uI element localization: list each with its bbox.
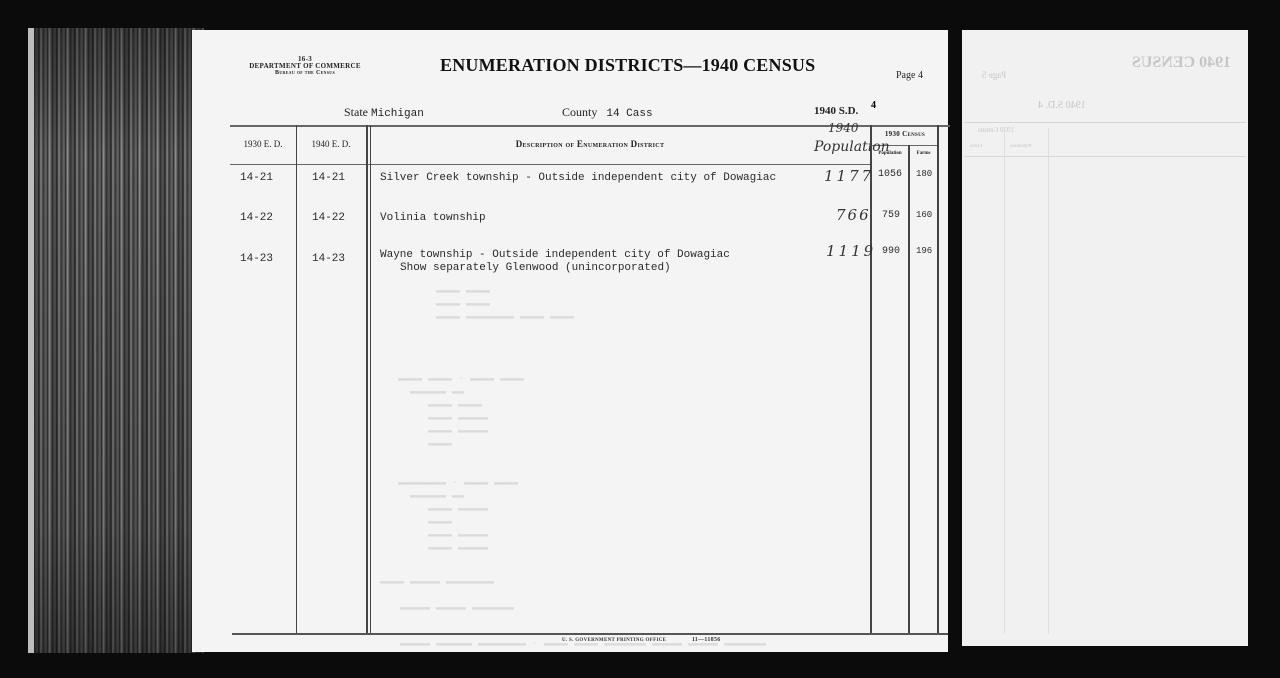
- row-1940-population: 1119: [826, 242, 876, 260]
- header-1930-farms: Farms: [910, 151, 937, 156]
- state-field: State Michigan: [344, 105, 424, 120]
- microfilm-scan: 16-3 DEPARTMENT OF COMMERCE Bureau of th…: [0, 0, 1280, 678]
- col-divider-2b: [370, 125, 371, 635]
- col-divider-5: [937, 125, 939, 635]
- col-divider-2: [366, 125, 368, 635]
- row-1940-ed: 14-23: [312, 253, 345, 265]
- row-1930-ed: 14-23: [240, 253, 273, 265]
- row-1940-ed: 14-21: [312, 172, 345, 184]
- row-1930-farms: 196: [916, 246, 932, 256]
- county-label: County: [562, 105, 597, 119]
- row-1930-farms: 160: [916, 210, 932, 220]
- county-field: County 14 Cass: [562, 105, 653, 120]
- bleed-through-text: ▬▬▬▬ ▬▬▬▬▬▬▬▬ ▬▬▬▬▬▬▬▬ ▬▬▬▬▬▬▬▬ ▬▬▬▬ ▬▬▬…: [436, 285, 574, 324]
- col-divider-1: [296, 125, 297, 635]
- state-value: Michigan: [371, 108, 424, 120]
- mirrored-pop-header: Population: [1010, 144, 1032, 149]
- book-page-edges: [28, 28, 204, 653]
- mirrored-rule: [964, 156, 1246, 157]
- left-page: 16-3 DEPARTMENT OF COMMERCE Bureau of th…: [192, 30, 948, 652]
- row-1930-population: 990: [882, 246, 900, 257]
- mirrored-census-header: 1930 Census: [978, 126, 1014, 134]
- header-description: Description of Enumeration District: [370, 139, 810, 149]
- header-1940-year-handwritten: 1940: [828, 121, 859, 135]
- bleed-through-text: ▬▬▬▬▬ ▬▬▬▬▬ ▬▬▬▬▬▬▬: [400, 603, 514, 614]
- right-page-mirrored: 1940 CENSUS Page 5 1940 S.D. 4 1930 Cens…: [962, 30, 1248, 646]
- page-number: Page 4: [896, 70, 923, 81]
- sd-field: 1940 S.D.: [814, 105, 858, 117]
- enumeration-table: 1930 E. D. 1940 E. D. Description of Enu…: [230, 125, 950, 635]
- header-1930-ed: 1930 E. D.: [230, 139, 296, 149]
- mirrored-farms-header: Farms: [970, 144, 983, 149]
- mirrored-sd: 1940 S.D. 4: [1038, 100, 1086, 111]
- sd-label: 1940 S.D.: [814, 105, 858, 117]
- bureau-name: Bureau of the Census: [230, 70, 380, 77]
- row-description: Silver Creek township - Outside independ…: [380, 172, 776, 184]
- mirrored-col-divider: [1048, 128, 1049, 634]
- printer-imprint: U. S. GOVERNMENT PRINTING OFFICE 11—1185…: [562, 637, 721, 643]
- bleed-through-text: ▬▬▬▬ ▬▬▬▬ - ▬▬▬▬ ▬▬▬▬ ▬▬▬▬▬▬ ▬▬ ▬▬▬▬ ▬▬▬…: [398, 373, 524, 451]
- county-value: 14 Cass: [606, 108, 652, 120]
- sd-value: 4: [871, 100, 876, 111]
- row-1940-ed: 14-22: [312, 212, 345, 224]
- row-1930-ed: 14-22: [240, 212, 273, 224]
- mirrored-page-number: Page 5: [982, 70, 1006, 80]
- header-bottom-rule: [230, 164, 870, 165]
- row-1930-population: 1056: [878, 169, 902, 180]
- printer-code: 11—11856: [692, 637, 721, 643]
- col-divider-4: [908, 145, 910, 635]
- mirrored-col-divider: [1004, 128, 1005, 634]
- row-1930-ed: 14-21: [240, 172, 273, 184]
- bleed-through-text: ▬▬▬▬ ▬▬▬▬▬ ▬▬▬▬▬▬▬▬: [380, 577, 494, 588]
- mirrored-rule: [964, 122, 1246, 123]
- col-divider-3: [870, 125, 872, 635]
- row-description: Volinia township: [380, 212, 486, 224]
- bleed-through-text: ▬▬▬▬▬▬▬▬ - ▬▬▬▬ ▬▬▬▬ ▬▬▬▬▬▬ ▬▬ ▬▬▬▬ ▬▬▬▬…: [398, 477, 518, 555]
- row-description-note: Show separately Glenwood (unincorporated…: [400, 262, 671, 274]
- header-1930-population: Population: [872, 151, 908, 156]
- state-label: State: [344, 105, 368, 119]
- row-1940-population: 766: [836, 206, 871, 224]
- row-1940-population: 1177: [824, 167, 874, 185]
- row-1930-farms: 180: [916, 169, 932, 179]
- mirrored-title: 1940 CENSUS: [1132, 54, 1231, 72]
- page-title: ENUMERATION DISTRICTS—1940 CENSUS: [440, 55, 815, 76]
- department-name: DEPARTMENT OF COMMERCE: [230, 63, 380, 70]
- footer-rule: [232, 633, 948, 635]
- header-1930-census: 1930 Census: [872, 130, 938, 138]
- row-1930-population: 759: [882, 210, 900, 221]
- row-description: Wayne township - Outside independent cit…: [380, 249, 730, 261]
- printer-name: U. S. GOVERNMENT PRINTING OFFICE: [562, 638, 666, 643]
- header-1940-ed: 1940 E. D.: [296, 139, 366, 149]
- department-block: 16-3 DEPARTMENT OF COMMERCE Bureau of th…: [230, 56, 380, 77]
